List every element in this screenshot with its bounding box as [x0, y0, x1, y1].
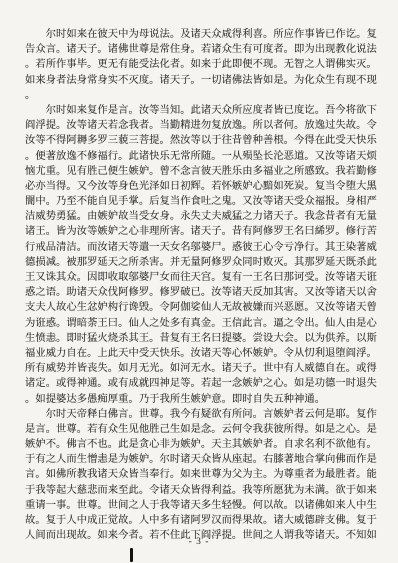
sutra-text-block: 尔时如来在彼天中为母说法。及诸天众咸得利喜。所应作事皆已作讫。复告众言。诸天子。…: [25, 27, 379, 543]
text-line: 尔时如来在彼天中为母说法。及诸天众咸得利喜。所应作事皆已作讫。复: [25, 27, 379, 42]
scan-artifact-mark: [130, 548, 133, 562]
text-line: 所有威势并皆丧失。如月无光。如河无水。诸天子。世中有人威德自在。或得: [25, 361, 379, 376]
text-line: 于我等起大慈悲而来至此。令诸天众皆得利益。我等所愿犹为未满。欲于如来: [25, 483, 379, 498]
page-number: - 3 -: [0, 537, 398, 547]
text-line: 生愤恚。即时猛火烧杀其王。昔复有王名曰提婆。尝设大会。以为供养。以斯: [25, 331, 379, 346]
text-line: 嫉妒不。佛言不也。此是贪心非为嫉妒。天主其嫉妒者。自求名利不欲他有。: [25, 437, 379, 452]
text-line: 闇中。乃至不能自见手掌。后复当作食吐之鬼。又汝等诸天受众福报。身相严: [25, 194, 379, 209]
text-line: 行戒品清洁。而汝诸天等遣一天女名邬婆尸。惑彼王心令亏净行。其王染著威: [25, 240, 379, 255]
text-line: 支夫人故心生忿妒构行谗毁。令阿伽娑仙人无故被嫌而兴恶愿。又汝等诸天曾: [25, 300, 379, 315]
text-line: 福业威力自在。上此天中受天快乐。汝诸天等心怀嫉妒。令从忉利退堕阎浮。: [25, 346, 379, 361]
text-line: 。: [25, 88, 379, 103]
text-line: 为诳惑。谓暗荼王曰。仙人之处多有真金。王信此言。逼之令出。仙人由是心: [25, 316, 379, 331]
text-line: 诸王。皆为汝等嫉妒之心非理所害。诸天子。昔有阿修罗王名曰絺罗。修行苦: [25, 224, 379, 239]
text-line: 阎浮提。汝等诸天若念我者。当勤精进勿复放逸。所以者何。放逸过失故。令: [25, 118, 379, 133]
text-line: 洁威势勇猛。由嫉妒故当受女身。永失丈夫威猛之力诸天子。我念昔者有无量: [25, 209, 379, 224]
text-line: 。若所作事毕。更无有能受法化者。如来于此即便不现。无智之人谓佛实灭。: [25, 57, 379, 72]
text-line: 诸定。或得神通。或有成就四神足等。若起一念嫉妒之心。如是功德一时退失: [25, 376, 379, 391]
text-line: 故。复于人中成正觉故。人中多有诸阿罗汉而得果故。诸大威德辟支佛。复于: [25, 513, 379, 528]
text-line: 汝等不得阿耨多罗三藐三菩提。然汝等以于往昔曾种善根。今得在此受天快乐: [25, 133, 379, 148]
text-line: 必亦当得。又今汝等身色光泽如日初辉。若怀嫉妒心黯如死炭。复当令堕大黑: [25, 179, 379, 194]
text-line: 尔时天帝释白佛言。世尊。我今有疑欲有所问。言嫉妒者云何是耶。复作: [25, 407, 379, 422]
text-line: 如来身者法身常身实不灭度。诸天子。一切诸佛法皆如是。为化众生有现不现: [25, 73, 379, 88]
scanned-sutra-page: 尔时如来在彼天中为母说法。及诸天众咸得利喜。所应作事皆已作讫。复告众言。诸天子。…: [0, 0, 398, 563]
text-line: 。便著放逸不修福行。此诸快乐无常所随。一从殒坠长沦恶道。又汝等诸天烦: [25, 149, 379, 164]
text-line: 告众言。诸天子。诸佛世尊是常住身。若诸众生有可度者。即为出现教化说法: [25, 42, 379, 57]
text-line: 德损减。被那罗延天之所杀害。并无量阿修罗众同时败灭。其那罗延天既杀此: [25, 255, 379, 270]
text-line: 恼尤重。见有胜己便生嫉妒。曾不念言彼天胜乐由多福业之所感致。我若勤修: [25, 164, 379, 179]
text-line: 言。如佛所教我诸天众皆当奉行。如来世尊为父为主。为尊重者为最胜者。能: [25, 467, 379, 482]
text-line: 王又诛其众。因即收取邬婆尸女而往天宫。复有一王名曰那诃受。汝等诸天诳: [25, 270, 379, 285]
text-line: 重请一事。世尊。世间之人于我等诸天多生轻慢。何以故。以诸佛如来人中生: [25, 498, 379, 513]
text-line: 惑之语。助诸天众伐阿修罗。修罗破已。汝等诸天反加其害。又汝等诸天以舍: [25, 285, 379, 300]
text-line: 于有之人而生憎恚是为嫉妒。尔时诸天众皆从座起。右膝著地合掌向佛而作是: [25, 452, 379, 467]
text-line: 。如提婆达多愚痴厚重。乃于我所生嫉妒意。即时自失五种神通。: [25, 392, 379, 407]
text-line: 是言。世尊。若有众生见他胜己生如是念。云何令我获彼所得。如是之心。是: [25, 422, 379, 437]
text-line: 尔时如来复作是言。汝等当知。此诸天众所应度者皆已度讫。吾今将欲下: [25, 103, 379, 118]
